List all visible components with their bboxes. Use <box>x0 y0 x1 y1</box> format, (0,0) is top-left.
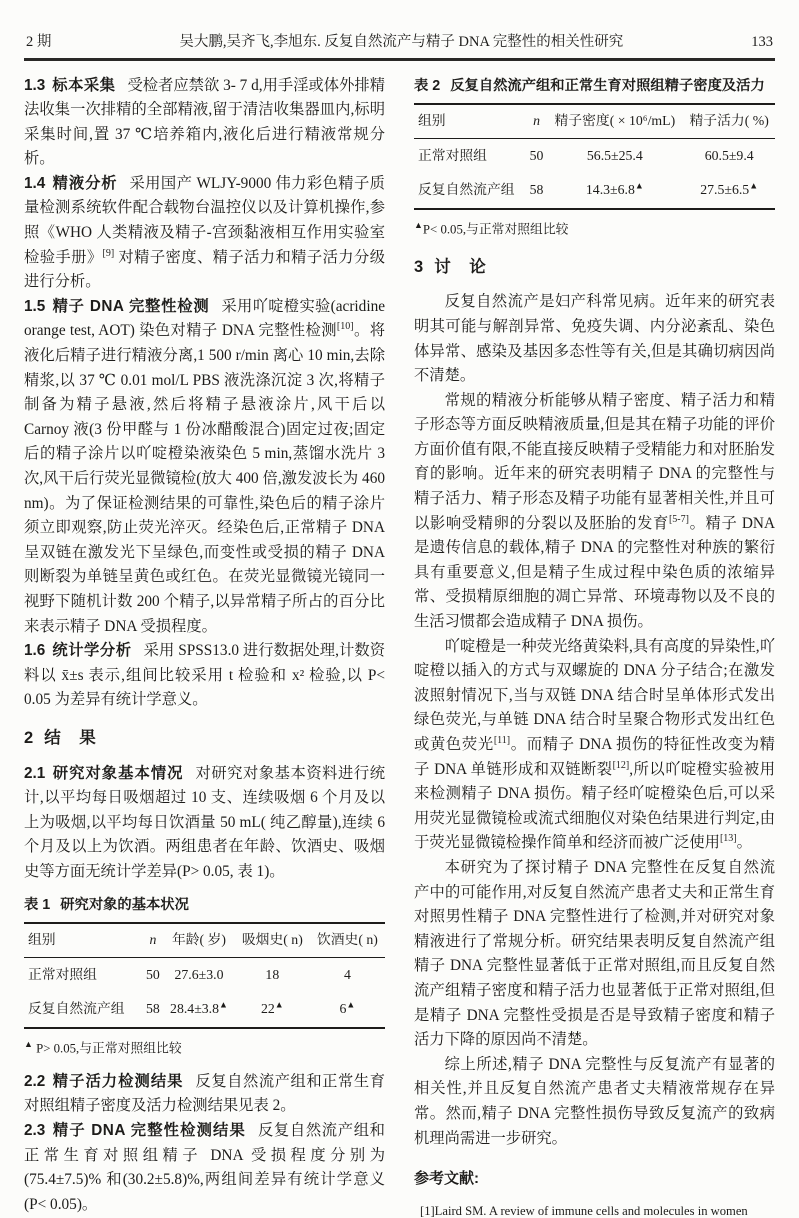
section-2-heading: 2结 果 <box>24 726 385 751</box>
table-header-row: 组别 n 年龄( 岁) 吸烟史( n) 饮酒史( n) <box>24 923 385 957</box>
table-caption-text: 研究对象的基本状况 <box>60 897 189 913</box>
section-title: 精子 DNA 完整性检测 <box>52 298 209 315</box>
table1: 组别 n 年龄( 岁) 吸烟史( n) 饮酒史( n) 正常对照组 50 27.… <box>24 922 385 1029</box>
table-cell: 正常对照组 <box>24 957 143 992</box>
table-cell: 反复自然流产组 <box>414 173 527 209</box>
left-column: 1.3标本采集受检者应禁欲 3- 7 d,用手淫或体外排精法收集一次排精的全部精… <box>24 74 385 1218</box>
discussion-paragraph-1: 反复自然流产是妇产科常见病。近年来的研究表明其可能与解剖异常、免疫失调、内分泌紊… <box>414 290 775 388</box>
section-number: 2.1 <box>24 765 45 782</box>
section-number: 2.2 <box>24 1073 45 1090</box>
table-cell: 50 <box>143 957 164 992</box>
page-number: 133 <box>751 34 773 51</box>
table-header-row: 组别 n 精子密度( × 10⁶/mL) 精子活力( %) <box>414 104 775 138</box>
discussion-paragraph-3: 吖啶橙是一种荧光络黄染料,具有高度的异染性,吖啶橙以插入的方式与双螺旋的 DNA… <box>414 635 775 856</box>
table-header-cell: n <box>143 923 164 957</box>
footnote-text: P> 0.05,与正常对照组比较 <box>36 1041 182 1055</box>
table-cell: 27.5±6.5▲ <box>683 173 775 209</box>
section-number: 3 <box>414 258 424 276</box>
table-cell: 14.3±6.8▲ <box>546 173 683 209</box>
significance-marker: ▲ <box>275 1000 284 1010</box>
table-cell: 27.6±3.0 <box>163 957 235 992</box>
journal-page: 2 期 吴大鹏,吴齐飞,李旭东. 反复自然流产与精子 DNA 完整性的相关性研究… <box>0 0 799 1218</box>
table-cell: 反复自然流产组 <box>24 992 143 1028</box>
right-column: 表 2反复自然流产组和正常生育对照组精子密度及活力 组别 n 精子密度( × 1… <box>414 74 775 1218</box>
table-cell: 28.4±3.8▲ <box>163 992 235 1028</box>
table-header-cell: 组别 <box>414 104 527 138</box>
section-number: 1.5 <box>24 298 45 315</box>
table1-footnote: ▲ P> 0.05,与正常对照组比较 <box>24 1032 385 1061</box>
section-title: 研究对象基本情况 <box>52 765 183 782</box>
reference-item: [1]Laird SM. A review of immune cells an… <box>414 1202 775 1218</box>
table-cell: 22▲ <box>235 992 310 1028</box>
table-row: 正常对照组 50 27.6±3.0 18 4 <box>24 957 385 992</box>
table-row: 反复自然流产组 58 14.3±6.8▲ 27.5±6.5▲ <box>414 173 775 209</box>
section-2-2: 2.2精子活力检测结果反复自然流产组和正常生育对照组精子密度及活力检测结果见表 … <box>24 1070 385 1119</box>
footnote-marker: ▲ <box>24 1039 33 1049</box>
table-caption-label: 表 2 <box>414 78 440 94</box>
table-cell: 正常对照组 <box>414 138 527 173</box>
table-row: 反复自然流产组 58 28.4±3.8▲ 22▲ 6▲ <box>24 992 385 1028</box>
two-column-body: 1.3标本采集受检者应禁欲 3- 7 d,用手淫或体外排精法收集一次排精的全部精… <box>24 74 775 1218</box>
significance-marker: ▲ <box>749 181 758 191</box>
table-cell: 58 <box>143 992 164 1028</box>
section-title: 标本采集 <box>52 77 115 94</box>
section-2-1: 2.1研究对象基本情况对研究对象基本资料进行统计,以平均每日吸烟超过 10 支、… <box>24 762 385 885</box>
significance-marker: ▲ <box>219 1000 228 1010</box>
paragraph-text: 常规的精液分析能够从精子密度、精子活力和精子形态等方面反映精液质量,但是其在精子… <box>414 392 775 532</box>
table-cell: 56.5±25.4 <box>546 138 683 173</box>
table-header-cell: 精子密度( × 10⁶/mL) <box>546 104 683 138</box>
table2-caption: 表 2反复自然流产组和正常生育对照组精子密度及活力 <box>414 74 775 99</box>
discussion-paragraph-4: 本研究为了探讨精子 DNA 完整性在反复自然流产中的可能作用,对反复自然流产患者… <box>414 856 775 1053</box>
table-cell: 50 <box>527 138 547 173</box>
section-title: 精子 DNA 完整性检测结果 <box>52 1122 246 1139</box>
section-number: 2.3 <box>24 1122 45 1139</box>
section-number: 1.4 <box>24 175 45 192</box>
header-rule <box>24 58 775 61</box>
table-cell: 58 <box>527 173 547 209</box>
section-2-3: 2.3精子 DNA 完整性检测结果反复自然流产组和正常生育对照组精子 DNA 受… <box>24 1119 385 1217</box>
table1-caption: 表 1研究对象的基本状况 <box>24 893 385 918</box>
table2-footnote: ▲P< 0.05,与正常对照组比较 <box>414 213 775 242</box>
section-title: 讨 论 <box>434 258 487 276</box>
table-header-cell: 饮酒史( n) <box>310 923 385 957</box>
citation-ref: [12] <box>613 760 630 771</box>
running-title: 吴大鹏,吴齐飞,李旭东. 反复自然流产与精子 DNA 完整性的相关性研究 <box>51 30 751 51</box>
table-header-cell: 精子活力( %) <box>683 104 775 138</box>
table-cell: 60.5±9.4 <box>683 138 775 173</box>
table-caption-label: 表 1 <box>24 897 50 913</box>
section-3-heading: 3讨 论 <box>414 255 775 280</box>
section-title: 结 果 <box>44 729 97 747</box>
section-number: 1.3 <box>24 77 45 94</box>
table-cell: 18 <box>235 957 310 992</box>
section-title: 统计学分析 <box>52 642 131 659</box>
discussion-paragraph-5: 综上所述,精子 DNA 完整性与反复流产有显著的相关性,并且反复自然流产患者丈夫… <box>414 1053 775 1151</box>
citation-ref: [5-7] <box>669 514 689 525</box>
section-1-5: 1.5精子 DNA 完整性检测采用吖啶橙实验(acridine orange t… <box>24 295 385 639</box>
section-1-6: 1.6统计学分析采用 SPSS13.0 进行数据处理,计数资料以 x̄±s 表示… <box>24 639 385 713</box>
section-number: 1.6 <box>24 642 45 659</box>
table-cell: 4 <box>310 957 385 992</box>
table-row: 正常对照组 50 56.5±25.4 60.5±9.4 <box>414 138 775 173</box>
table-cell: 6▲ <box>310 992 385 1028</box>
page-header: 2 期 吴大鹏,吴齐飞,李旭东. 反复自然流产与精子 DNA 完整性的相关性研究… <box>24 30 775 51</box>
section-1-3: 1.3标本采集受检者应禁欲 3- 7 d,用手淫或体外排精法收集一次排精的全部精… <box>24 74 385 172</box>
section-title: 精子活力检测结果 <box>52 1073 183 1090</box>
paragraph-text: 。将液化后精子进行精液分离,1 500 r/min 离心 10 min,去除精浆… <box>24 322 385 634</box>
section-1-4: 1.4精液分析采用国产 WLJY-9000 伟力彩色精子质量检测系统软件配合载物… <box>24 172 385 295</box>
section-number: 2 <box>24 729 34 747</box>
significance-marker: ▲ <box>346 1000 355 1010</box>
citation-ref: [11] <box>494 735 510 746</box>
citation-ref: [10] <box>337 321 354 332</box>
table2: 组别 n 精子密度( × 10⁶/mL) 精子活力( %) 正常对照组 50 5… <box>414 103 775 210</box>
table-header-cell: 吸烟史( n) <box>235 923 310 957</box>
discussion-paragraph-2: 常规的精液分析能够从精子密度、精子活力和精子形态等方面反映精液质量,但是其在精子… <box>414 389 775 635</box>
significance-marker: ▲ <box>635 181 644 191</box>
table-header-cell: 组别 <box>24 923 143 957</box>
paragraph-text: 。 <box>737 834 752 851</box>
table-header-cell: n <box>527 104 547 138</box>
table-header-cell: 年龄( 岁) <box>163 923 235 957</box>
section-title: 精液分析 <box>52 175 117 192</box>
footnote-text: P< 0.05,与正常对照组比较 <box>423 222 569 236</box>
footnote-marker: ▲ <box>414 220 423 230</box>
journal-issue: 2 期 <box>26 30 51 51</box>
references-heading: 参考文献: <box>414 1167 775 1192</box>
citation-ref: [13] <box>720 833 737 844</box>
citation-ref: [9] <box>103 248 115 259</box>
table-caption-text: 反复自然流产组和正常生育对照组精子密度及活力 <box>450 78 765 94</box>
